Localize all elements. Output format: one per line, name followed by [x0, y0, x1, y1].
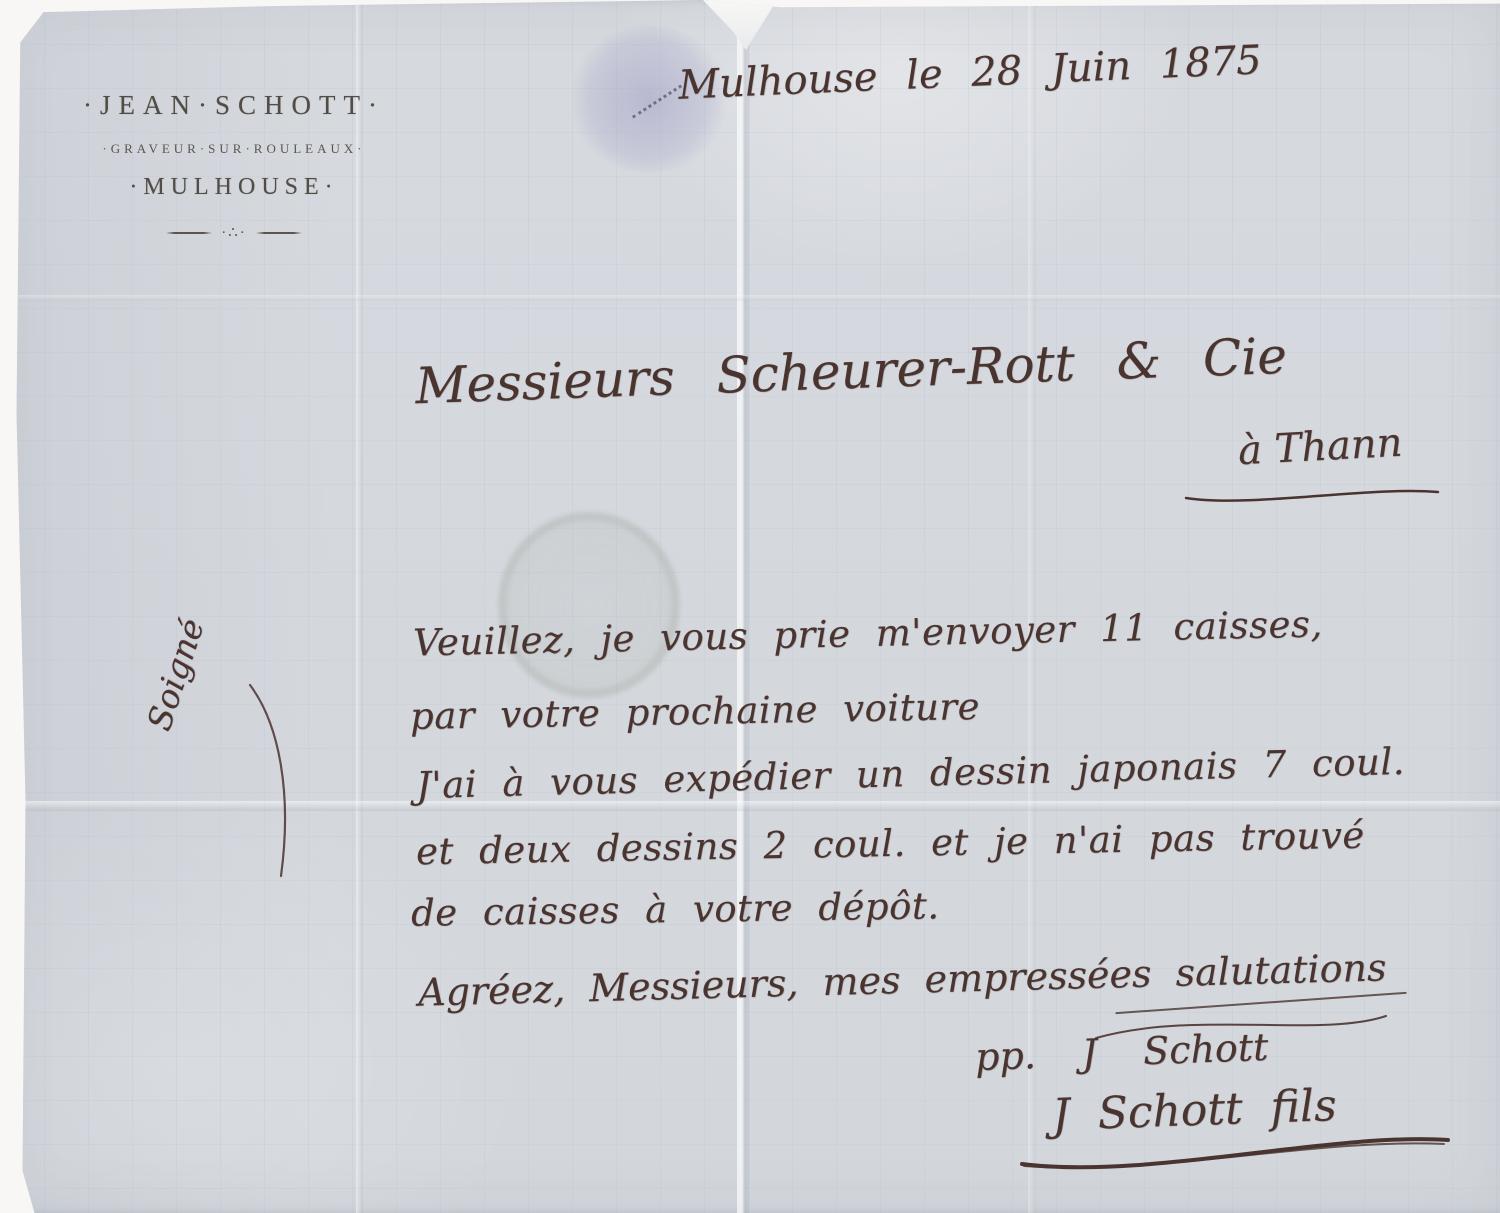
thann-underline-flourish: [1180, 478, 1450, 510]
recipient-line: Messieurs Scheurer-Rott & Cie: [414, 327, 1287, 415]
letterhead-city: ·MULHOUSE·: [58, 174, 410, 201]
divider-line-left: [166, 232, 212, 234]
letterhead-name: ·JEAN·SCHOTT·: [58, 90, 410, 121]
dateline: Mulhouse le 28 Juin 1875: [677, 37, 1262, 108]
body-line: J'ai à vous expédier un dessin japonais …: [416, 740, 1406, 807]
margin-annotation-tail-flourish: [228, 640, 318, 885]
letterhead-profession: ·GRAVEUR·SUR·ROULEAUX·: [58, 141, 410, 157]
paper-tear: [703, 0, 777, 50]
divider-line-right: [256, 232, 302, 234]
letterhead: ·JEAN·SCHOTT· ·GRAVEUR·SUR·ROULEAUX· ·MU…: [58, 90, 410, 242]
scanned-letter-page: ·JEAN·SCHOTT· ·GRAVEUR·SUR·ROULEAUX· ·MU…: [0, 0, 1500, 1213]
letter-paper: ·JEAN·SCHOTT· ·GRAVEUR·SUR·ROULEAUX· ·MU…: [0, 0, 1500, 1213]
fold-crease-vertical-right: [1028, 0, 1036, 1213]
signature-main: J Schott fils: [1051, 1080, 1337, 1141]
margin-annotation: Soigné: [139, 614, 212, 735]
divider-ornament: ·∴·: [221, 223, 247, 242]
recipient-city: à Thann: [1237, 420, 1404, 475]
fold-crease-vertical-center: [737, 0, 750, 1213]
fold-crease-horizontal-upper: [0, 295, 1500, 301]
body-line: de caisses à votre dépôt.: [411, 884, 940, 934]
letterhead-divider: ·∴·: [58, 223, 410, 242]
signature-per-procuration: pp. J Schott: [974, 1025, 1269, 1079]
body-line: par votre prochaine voiture: [410, 685, 981, 738]
postmark-ghost: [498, 512, 680, 698]
body-line: et deux dessins 2 coul. et je n'ai pas t…: [416, 814, 1365, 874]
fold-crease-horizontal-middle: [0, 801, 1500, 811]
